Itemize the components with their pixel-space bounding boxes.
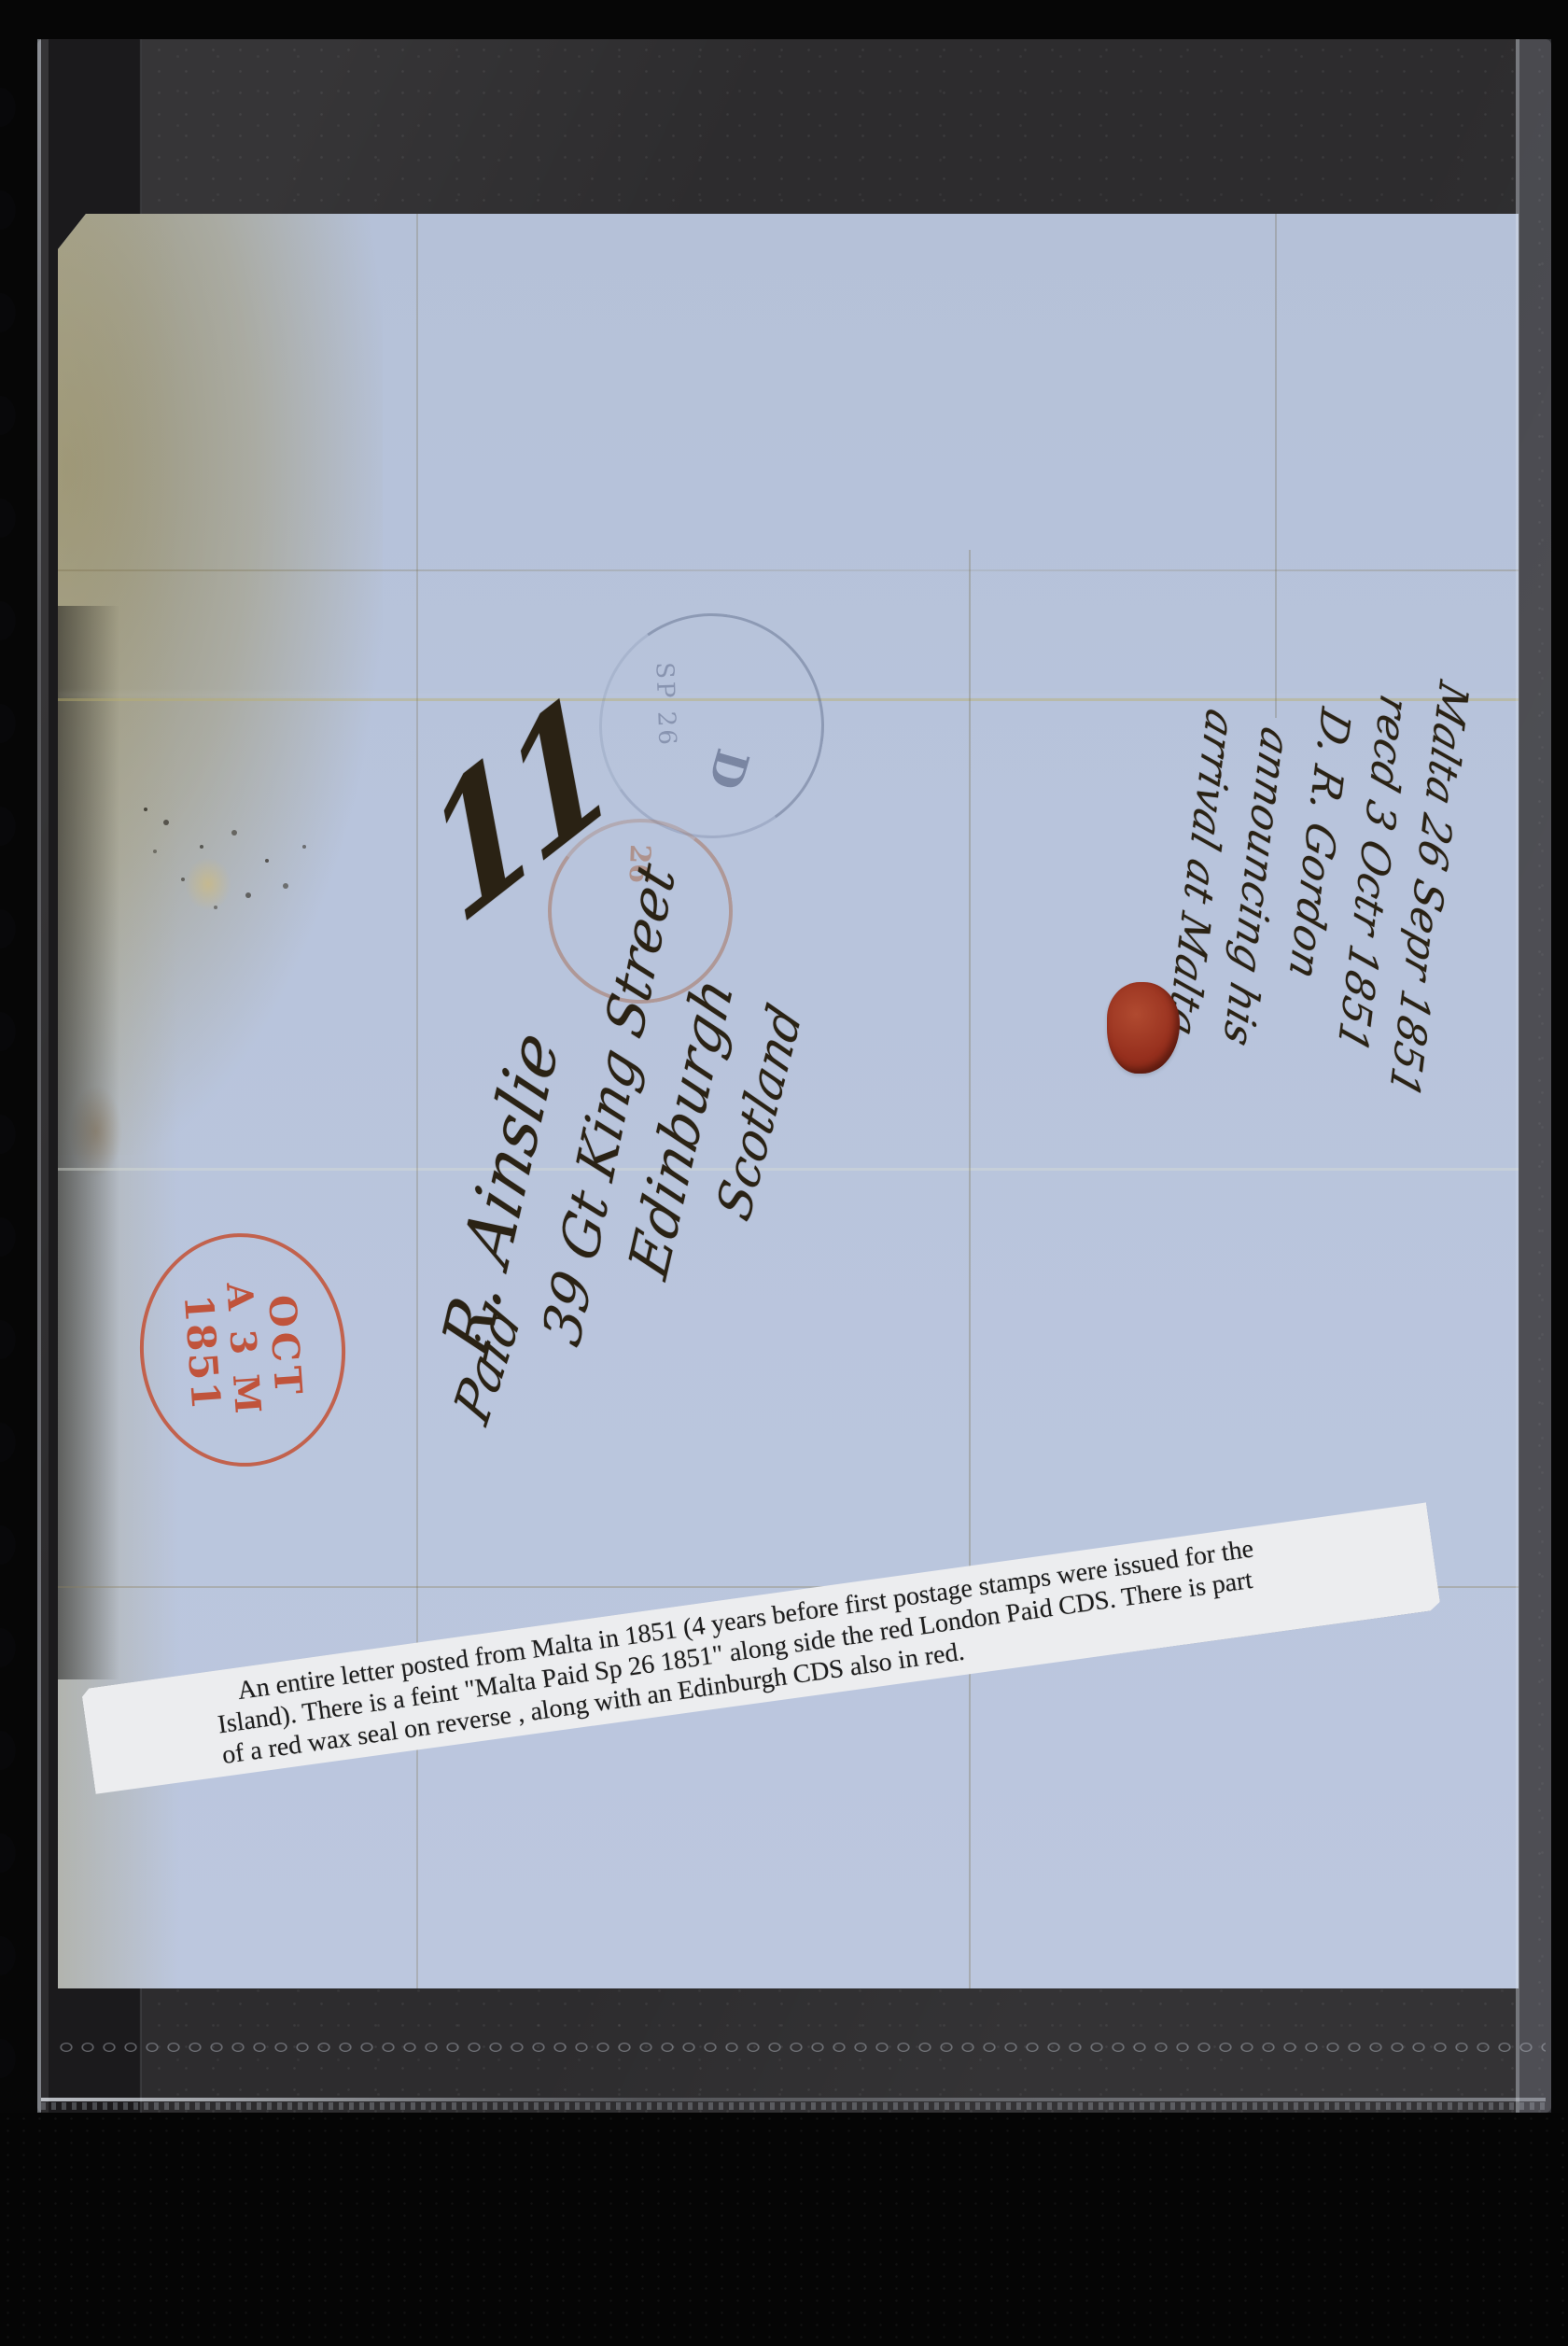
cds-year: 1851	[176, 1293, 229, 1412]
edinburgh-cds-stamp: OCT A 3 M 1851	[133, 1227, 354, 1474]
album-felt-background	[0, 2113, 1568, 2346]
sleeve-right-edge-highlight	[1516, 39, 1519, 2113]
ink-specks	[144, 808, 147, 811]
sleeve-right-weld	[1519, 39, 1551, 2113]
edge-shadow	[58, 606, 119, 1679]
sleeve-left-edge-highlight	[37, 39, 41, 2113]
paper-stain-yellow	[177, 849, 239, 920]
album-page-photo: D SP 26 26 11 OCT A 3 M 1851 R. Ainslie …	[0, 0, 1568, 2346]
binder-notches	[0, 56, 49, 2110]
sleeve-bottom-teeth	[41, 2102, 1546, 2110]
fold-line-horizontal-1	[58, 569, 1519, 571]
sleeve-weld-row	[56, 2037, 1546, 2058]
sleeve-bottom-edge	[41, 2098, 1546, 2101]
fold-line-vertical-3	[1275, 214, 1277, 718]
fold-line-vertical-2	[969, 550, 971, 1988]
docket-handwriting: Malta 26 Sepr 1851 recd 3 Octr 1851 D. R…	[1061, 643, 1477, 1205]
edinburgh-cds-text: OCT A 3 M 1851	[123, 1243, 362, 1456]
